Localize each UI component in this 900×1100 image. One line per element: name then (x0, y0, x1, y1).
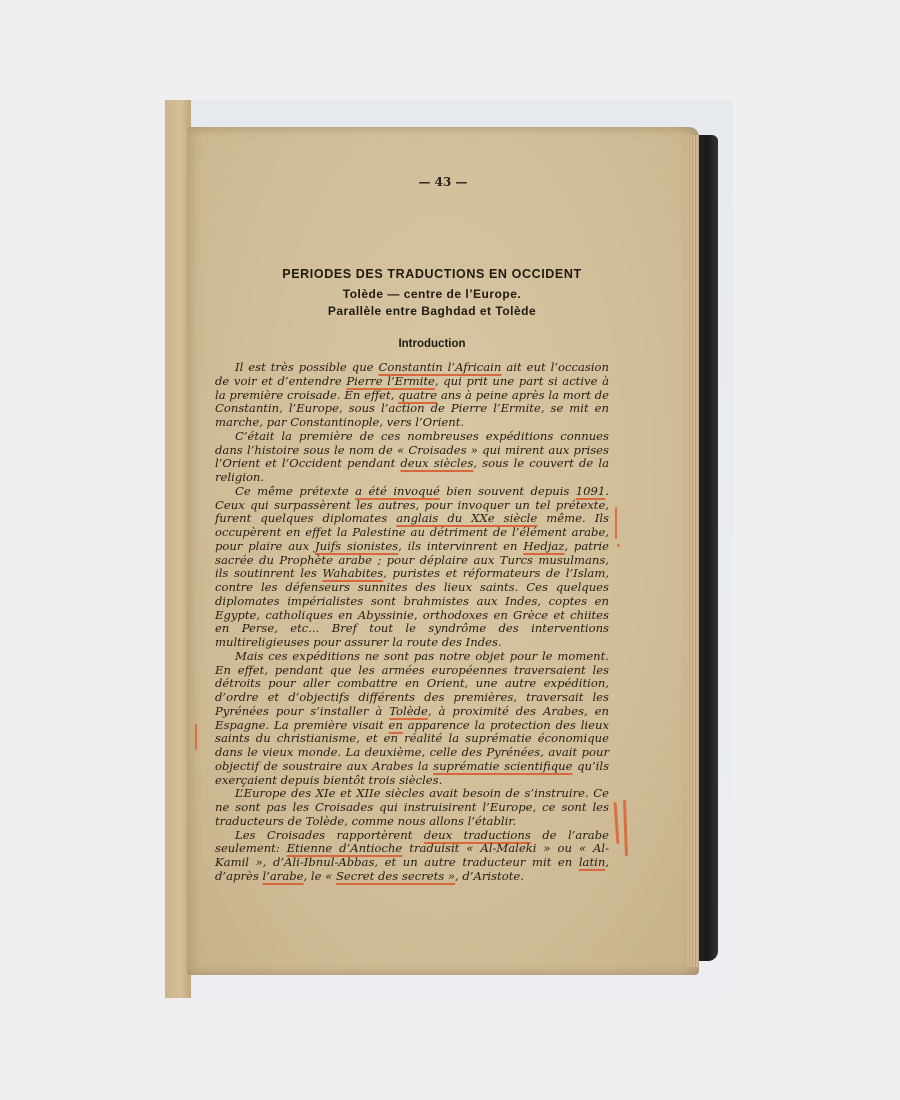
underlined-annotation: latin (579, 855, 605, 869)
margin-mark (623, 800, 628, 856)
underlined-annotation: Hedjaz (523, 539, 564, 553)
underlined-annotation: Etienne d’Antioche (287, 841, 403, 855)
chapter-subheading-1: Tolède — centre de l’Europe. (187, 287, 677, 301)
chapter-heading: PERIODES DES TRADUCTIONS EN OCCIDENT (187, 267, 677, 281)
underlined-annotation: l’arabe (262, 869, 303, 883)
paragraph: Les Croisades rapportèrent deux traducti… (215, 829, 609, 884)
page-number: — 43 — (187, 175, 699, 189)
underlined-annotation: Secret des secrets » (336, 869, 455, 883)
underlined-annotation: deux siècles (400, 456, 473, 470)
underlined-annotation: en (389, 718, 403, 732)
paragraph: C’était la première de ces nombreuses ex… (215, 430, 609, 485)
underlined-annotation: Pierre l’Ermite (346, 374, 435, 388)
underlined-annotation: suprématie scientifique (433, 759, 572, 773)
chapter-title: PERIODES DES TRADUCTIONS EN OCCIDENT Tol… (187, 267, 677, 350)
margin-mark (195, 724, 197, 750)
underlined-annotation: deux traductions (424, 828, 531, 842)
paragraph: Mais ces expéditions ne sont pas notre o… (215, 650, 609, 788)
underlined-annotation: Tolède (389, 704, 428, 718)
paragraph: L’Europe des XIe et XIIe siècles avait b… (215, 787, 609, 828)
underlined-annotation: quatre (398, 388, 437, 402)
margin-mark (614, 802, 620, 844)
underlined-annotation: 1091 (576, 484, 606, 498)
underlined-annotation: Juifs sionistes (315, 539, 398, 553)
margin-mark (615, 507, 617, 539)
chapter-subheading-2: Parallèle entre Baghdad et Tolède (187, 304, 677, 318)
underlined-annotation: Wahabites (322, 566, 383, 580)
underlined-annotation: Constantin l’Africain (379, 360, 502, 374)
margin-mark (617, 544, 620, 547)
book-page: — 43 — PERIODES DES TRADUCTIONS EN OCCID… (187, 127, 699, 975)
section-heading: Introduction (187, 338, 677, 350)
body-text: Il est très possible que Constantin l’Af… (215, 361, 609, 884)
paragraph: Il est très possible que Constantin l’Af… (215, 361, 609, 430)
underlined-annotation: anglais du XXe siècle (396, 511, 537, 525)
underlined-annotation: a été invoqué (355, 484, 440, 498)
paragraph: Ce même prétexte a été invoqué bien souv… (215, 485, 609, 650)
page-edges (687, 135, 699, 967)
